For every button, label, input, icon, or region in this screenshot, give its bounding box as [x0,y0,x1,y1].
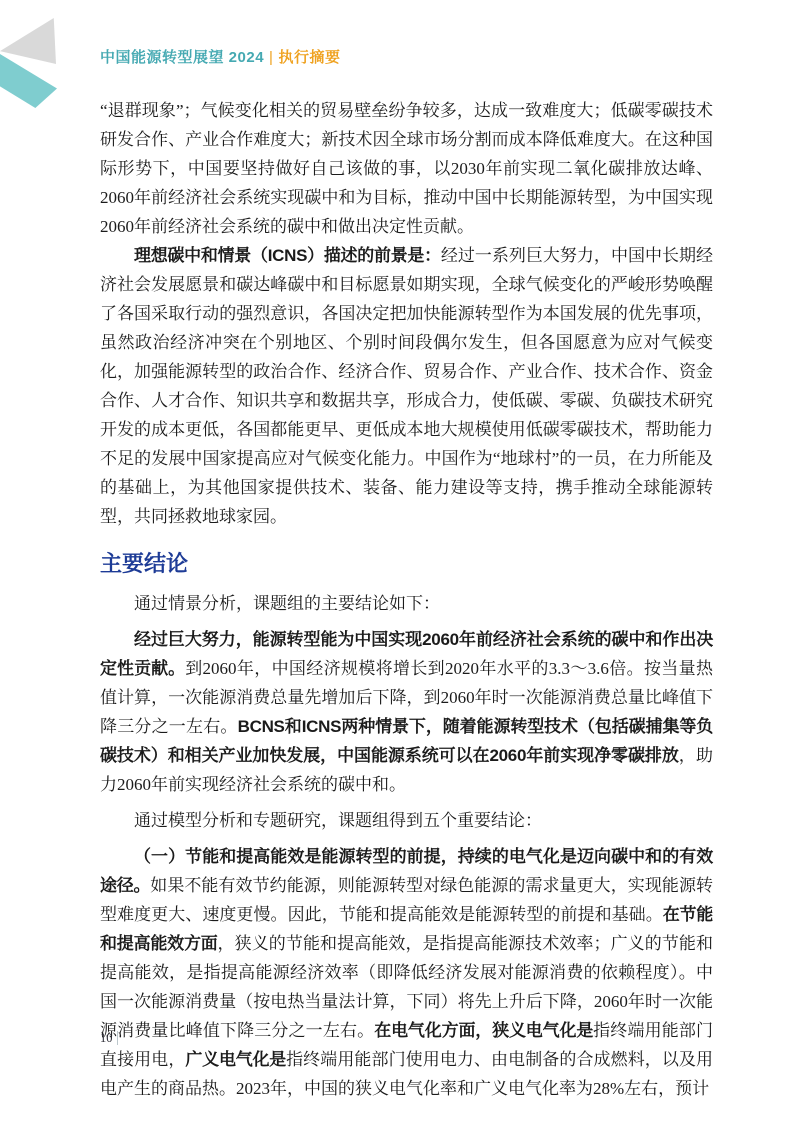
paragraph-international-context: “退群现象”；气候变化相关的贸易壁垒纷争较多，达成一致难度大；低碳零碳技术研发合… [100,96,713,241]
footer-divider [117,1031,118,1045]
page-footer: 10 [100,1031,118,1046]
text-run-bold: 广义电气化是 [185,1050,286,1069]
text-run: 通过模型分析和专题研究，课题组得到五个重要结论： [134,811,542,830]
corner-decoration [0,0,70,120]
running-header: 中国能源转型展望 2024|执行摘要 [100,46,340,67]
text-run-bold: 理想碳中和情景（ICNS）描述的前景是： [134,246,441,265]
section-heading-main-conclusions: 主要结论 [100,547,713,578]
text-run: 如果不能有效节约能源，则能源转型对绿色能源的需求量更大，实现能源转型难度更大、速… [100,876,713,924]
body-text-column: “退群现象”；气候变化相关的贸易壁垒纷争较多，达成一致难度大；低碳零碳技术研发合… [100,96,713,1103]
document-page: 中国能源转型展望 2024|执行摘要 “退群现象”；气候变化相关的贸易壁垒纷争较… [0,0,793,1121]
paragraph-five-conclusions-intro: 通过模型分析和专题研究，课题组得到五个重要结论： [100,806,713,835]
paragraph-conclusion-one: （一）节能和提高能效是能源转型的前提，持续的电气化是迈向碳中和的有效途径。如果不… [100,842,713,1103]
paragraph-icns-prospect: 理想碳中和情景（ICNS）描述的前景是：经过一系列巨大努力，中国中长期经济社会发… [100,241,713,531]
paragraph-overall-conclusion: 经过巨大努力，能源转型能为中国实现2060年前经济社会系统的碳中和作出决定性贡献… [100,625,713,799]
corner-gray-chevron-shape [0,18,56,64]
paragraph-conclusions-intro: 通过情景分析，课题组的主要结论如下： [100,589,713,618]
text-run-bold: 在电气化方面，狭义电气化是 [374,1021,593,1040]
text-run: “退群现象”；气候变化相关的贸易壁垒纷争较多，达成一致难度大；低碳零碳技术研发合… [100,101,713,236]
page-number: 10 [100,1031,113,1045]
report-title: 中国能源转型展望 2024 [100,49,264,66]
text-run: 通过情景分析，课题组的主要结论如下： [134,594,440,613]
header-separator: | [269,49,273,66]
text-run: 经过一系列巨大努力，中国中长期经济社会发展愿景和碳达峰碳中和目标愿景如期实现，全… [100,246,713,526]
header-section-label: 执行摘要 [278,49,340,66]
